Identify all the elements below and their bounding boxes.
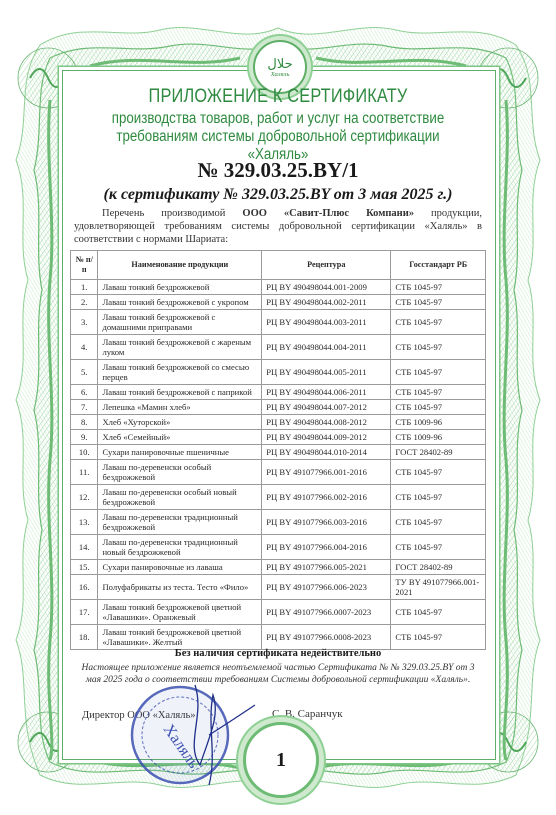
row-number: 14.	[71, 535, 98, 560]
intro-paragraph: Перечень производимой ООО «Савит-Плюс Ко…	[74, 207, 482, 246]
product-name: Лаваш тонкий бездрожжевой с жареным луко…	[98, 335, 262, 360]
row-number: 13.	[71, 510, 98, 535]
recipe-code: РЦ BY 491077966.001-2016	[262, 460, 391, 485]
row-number: 15.	[71, 560, 98, 575]
table-row: 14.Лаваш по-деревенски традиционный новы…	[71, 535, 486, 560]
recipe-code: РЦ BY 490498044.009-2012	[262, 430, 391, 445]
recipe-code: РЦ BY 491077966.005-2021	[262, 560, 391, 575]
row-number: 9.	[71, 430, 98, 445]
halal-crescent-icon: حلال	[267, 57, 292, 71]
table-row: 4.Лаваш тонкий бездрожжевой с жареным лу…	[71, 335, 486, 360]
table-row: 17.Лаваш тонкий бездрожжевой цветной «Ла…	[71, 600, 486, 625]
signer-name: С. В. Саранчук	[272, 708, 343, 720]
table-row: 10.Сухари панировочные пшеничныеРЦ BY 49…	[71, 445, 486, 460]
row-number: 10.	[71, 445, 98, 460]
recipe-code: РЦ BY 491077966.0008-2023	[262, 625, 391, 650]
row-number: 2.	[71, 295, 98, 310]
row-number: 17.	[71, 600, 98, 625]
recipe-code: РЦ BY 490498044.006-2011	[262, 385, 391, 400]
subtitle-line-1: производства товаров, работ и услуг на с…	[92, 110, 464, 128]
col-number: № п/п	[71, 251, 98, 280]
standard-code: СТБ 1045-97	[391, 385, 486, 400]
validity-warning: Без наличия сертификата недействительно	[62, 648, 494, 659]
table-row: 13.Лаваш по-деревенски традиционный безд…	[71, 510, 486, 535]
recipe-code: РЦ BY 490498044.010-2014	[262, 445, 391, 460]
col-product-name: Наименование продукции	[98, 251, 262, 280]
recipe-code: РЦ BY 490498044.002-2011	[262, 295, 391, 310]
recipe-code: РЦ BY 490498044.008-2012	[262, 415, 391, 430]
standard-code: СТБ 1045-97	[391, 360, 486, 385]
product-name: Лепешка «Мамин хлеб»	[98, 400, 262, 415]
table-row: 7.Лепешка «Мамин хлеб»РЦ BY 490498044.00…	[71, 400, 486, 415]
recipe-code: РЦ BY 491077966.004-2016	[262, 535, 391, 560]
table-row: 12.Лаваш по-деревенски особый новый безд…	[71, 485, 486, 510]
table-row: 16.Полуфабрикаты из теста. Тесто «Фило»Р…	[71, 575, 486, 600]
product-name: Лаваш по-деревенски традиционный бездрож…	[98, 510, 262, 535]
standard-code: СТБ 1009-96	[391, 430, 486, 445]
recipe-code: РЦ BY 490498044.005-2011	[262, 360, 391, 385]
row-number: 6.	[71, 385, 98, 400]
recipe-code: РЦ BY 490498044.004-2011	[262, 335, 391, 360]
table-row: 2.Лаваш тонкий бездрожжевой с укропомРЦ …	[71, 295, 486, 310]
certificate-reference: (к сертификату № 329.03.25.BY от 3 мая 2…	[62, 186, 494, 204]
row-number: 7.	[71, 400, 98, 415]
product-name: Хлеб «Семейный»	[98, 430, 262, 445]
product-name: Лаваш тонкий бездрожжевой цветной «Лаваш…	[98, 600, 262, 625]
standard-code: СТБ 1045-97	[391, 460, 486, 485]
row-number: 3.	[71, 310, 98, 335]
product-name: Лаваш по-деревенски особый новый бездрож…	[98, 485, 262, 510]
product-name: Лаваш тонкий бездрожжевой со смесью перц…	[98, 360, 262, 385]
row-number: 11.	[71, 460, 98, 485]
certificate-content: ПРИЛОЖЕНИЕ К СЕРТИФИКАТУ производства то…	[62, 70, 494, 758]
table-row: 6.Лаваш тонкий бездрожжевой с паприкойРЦ…	[71, 385, 486, 400]
intro-text-1: Перечень производимой	[102, 208, 242, 219]
row-number: 1.	[71, 280, 98, 295]
product-name: Лаваш тонкий бездрожжевой с домашними пр…	[98, 310, 262, 335]
standard-code: СТБ 1045-97	[391, 625, 486, 650]
product-name: Лаваш тонкий бездрожжевой с паприкой	[98, 385, 262, 400]
col-standard: Госстандарт РБ	[391, 251, 486, 280]
row-number: 16.	[71, 575, 98, 600]
standard-code: СТБ 1045-97	[391, 535, 486, 560]
product-name: Лаваш по-деревенски особый бездрожжевой	[98, 460, 262, 485]
table-header-row: № п/п Наименование продукции Рецептура Г…	[71, 251, 486, 280]
product-name: Лаваш тонкий бездрожжевой	[98, 280, 262, 295]
product-name: Сухари панировочные пшеничные	[98, 445, 262, 460]
row-number: 5.	[71, 360, 98, 385]
table-row: 15.Сухари панировочные из лавашаРЦ BY 49…	[71, 560, 486, 575]
row-number: 8.	[71, 415, 98, 430]
standard-code: СТБ 1045-97	[391, 280, 486, 295]
table-row: 1.Лаваш тонкий бездрожжевойРЦ BY 4904980…	[71, 280, 486, 295]
company-name: ООО «Савит-Плюс Компани»	[242, 208, 414, 219]
row-number: 18.	[71, 625, 98, 650]
recipe-code: РЦ BY 491077966.0007-2023	[262, 600, 391, 625]
product-name: Лаваш тонкий бездрожжевой цветной «Лаваш…	[98, 625, 262, 650]
product-name: Лаваш по-деревенски традиционный новый б…	[98, 535, 262, 560]
table-row: 8.Хлеб «Хуторской»РЦ BY 490498044.008-20…	[71, 415, 486, 430]
document-subtitle: производства товаров, работ и услуг на с…	[92, 110, 464, 164]
recipe-code: РЦ BY 490498044.003-2011	[262, 310, 391, 335]
standard-code: СТБ 1045-97	[391, 335, 486, 360]
table-row: 11.Лаваш по-деревенски особый бездрожжев…	[71, 460, 486, 485]
product-name: Сухари панировочные из лаваша	[98, 560, 262, 575]
recipe-code: РЦ BY 490498044.007-2012	[262, 400, 391, 415]
page-number: 1	[243, 722, 319, 798]
document-title: ПРИЛОЖЕНИЕ К СЕРТИФИКАТУ	[92, 86, 464, 108]
product-name: Полуфабрикаты из теста. Тесто «Фило»	[98, 575, 262, 600]
standard-code: СТБ 1045-97	[391, 295, 486, 310]
row-number: 12.	[71, 485, 98, 510]
table-row: 3.Лаваш тонкий бездрожжевой с домашними …	[71, 310, 486, 335]
official-stamp: Халяль	[125, 675, 260, 810]
table-row: 18.Лаваш тонкий бездрожжевой цветной «Ла…	[71, 625, 486, 650]
recipe-code: РЦ BY 491077966.002-2016	[262, 485, 391, 510]
standard-code: ТУ BY 491077966.001-2021	[391, 575, 486, 600]
table-row: 5.Лаваш тонкий бездрожжевой со смесью пе…	[71, 360, 486, 385]
col-recipe: Рецептура	[262, 251, 391, 280]
standard-code: СТБ 1045-97	[391, 485, 486, 510]
table-row: 9.Хлеб «Семейный»РЦ BY 490498044.009-201…	[71, 430, 486, 445]
standard-code: СТБ 1045-97	[391, 600, 486, 625]
recipe-code: РЦ BY 491077966.003-2016	[262, 510, 391, 535]
standard-code: СТБ 1009-96	[391, 415, 486, 430]
product-name: Лаваш тонкий бездрожжевой с укропом	[98, 295, 262, 310]
appendix-number: № 329.03.25.BY/1	[62, 158, 494, 183]
product-name: Хлеб «Хуторской»	[98, 415, 262, 430]
products-table: № п/п Наименование продукции Рецептура Г…	[70, 250, 486, 650]
standard-code: СТБ 1045-97	[391, 310, 486, 335]
standard-code: ГОСТ 28402-89	[391, 560, 486, 575]
recipe-code: РЦ BY 491077966.006-2023	[262, 575, 391, 600]
recipe-code: РЦ BY 490498044.001-2009	[262, 280, 391, 295]
standard-code: СТБ 1045-97	[391, 510, 486, 535]
row-number: 4.	[71, 335, 98, 360]
standard-code: СТБ 1045-97	[391, 400, 486, 415]
standard-code: ГОСТ 28402-89	[391, 445, 486, 460]
